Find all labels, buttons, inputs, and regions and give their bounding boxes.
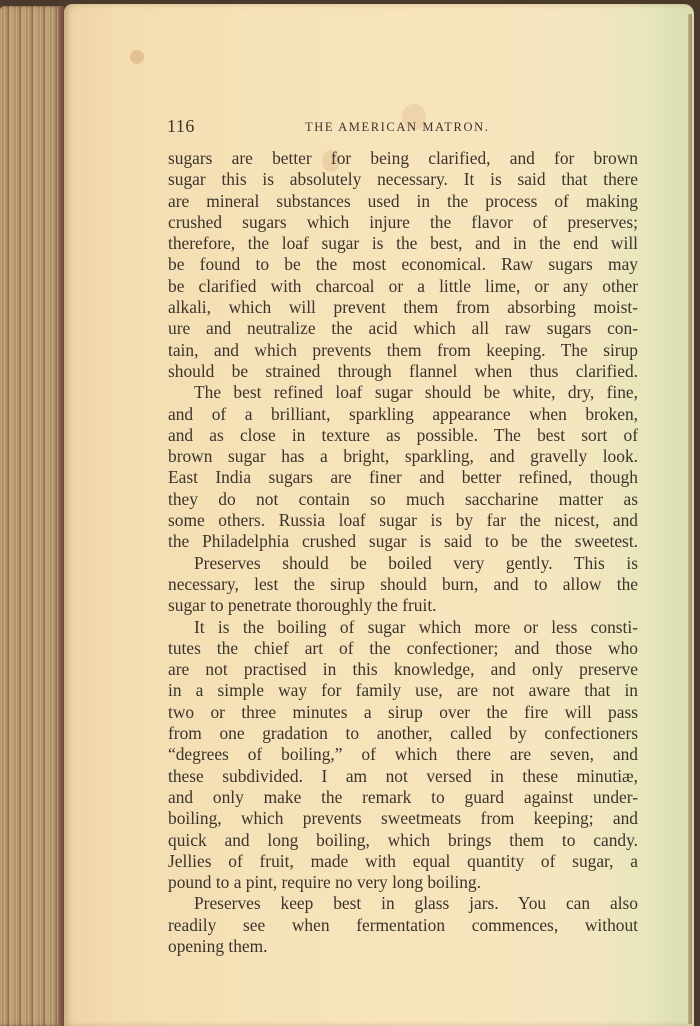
text-line: should be strained through flannel when … [168, 361, 638, 382]
text-line: the Philadelphia crushed sugar is said t… [168, 531, 638, 552]
text-line: therefore, the loaf sugar is the best, a… [168, 233, 638, 254]
page-header: 116 THE AMERICAN MATRON. [167, 116, 641, 138]
text-line: necessary, lest the sirup should burn, a… [168, 574, 638, 595]
text-line: boiling, which prevents sweetmeats from … [168, 808, 638, 829]
paragraph: The best refined loaf sugar should be wh… [168, 382, 638, 552]
text-line: Preserves should be boiled very gently. … [168, 553, 638, 574]
text-line: Preserves keep best in glass jars. You c… [168, 893, 638, 914]
text-line: and only make the remark to guard agains… [168, 787, 638, 808]
paragraph: sugars are better for being clarified, a… [168, 148, 638, 382]
text-line: sugar to penetrate thoroughly the fruit. [168, 595, 638, 616]
text-line: opening them. [168, 936, 638, 957]
scanned-book-page: 116 THE AMERICAN MATRON. sugars are bett… [0, 0, 700, 1026]
paragraph: Preserves keep best in glass jars. You c… [168, 893, 638, 957]
text-line: tain, and which prevents them from keepi… [168, 340, 638, 361]
text-line: sugars are better for being clarified, a… [168, 148, 638, 169]
text-line: ure and neutralize the acid which all ra… [168, 318, 638, 339]
text-line: be clarified with charcoal or a little l… [168, 276, 638, 297]
text-line: are mineral substances used in the proce… [168, 191, 638, 212]
text-line: quick and long boiling, which brings the… [168, 830, 638, 851]
text-line: East India sugars are finer and better r… [168, 467, 638, 488]
text-line: in a simple way for family use, are not … [168, 680, 638, 701]
text-line: brown sugar has a bright, sparkling, and… [168, 446, 638, 467]
text-line: two or three minutes a sirup over the fi… [168, 702, 638, 723]
text-line: The best refined loaf sugar should be wh… [168, 382, 638, 403]
text-line: sugar this is absolutely necessary. It i… [168, 169, 638, 190]
text-line: readily see when fermentation commences,… [168, 915, 638, 936]
paragraph: Preserves should be boiled very gently. … [168, 553, 638, 617]
text-line: “degrees of boiling,” of which there are… [168, 744, 638, 765]
text-line: some others. Russia loaf sugar is by far… [168, 510, 638, 531]
body-text: sugars are better for being clarified, a… [168, 148, 638, 957]
text-line: pound to a pint, require no very long bo… [168, 872, 638, 893]
text-line: they do not contain so much saccharine m… [168, 489, 638, 510]
text-line: be found to be the most economical. Raw … [168, 254, 638, 275]
text-line: and of a brilliant, sparkling appearance… [168, 404, 638, 425]
text-line: crushed sugars which injure the flavor o… [168, 212, 638, 233]
running-head: THE AMERICAN MATRON. [305, 120, 489, 135]
page-fold-shadow [688, 14, 692, 1024]
text-line: these subdivided. I am not versed in the… [168, 766, 638, 787]
text-line: alkali, which will prevent them from abs… [168, 297, 638, 318]
text-line: Jellies of fruit, made with equal quanti… [168, 851, 638, 872]
text-line: It is the boiling of sugar which more or… [168, 617, 638, 638]
text-line: are not practised in this knowledge, and… [168, 659, 638, 680]
page-number: 116 [167, 116, 195, 137]
paragraph: It is the boiling of sugar which more or… [168, 617, 638, 894]
book-page-edges [0, 6, 64, 1026]
text-line: from one gradation to another, called by… [168, 723, 638, 744]
text-line: and as close in texture as possible. The… [168, 425, 638, 446]
foxing-stain [130, 50, 144, 64]
text-line: tutes the chief art of the confectioner;… [168, 638, 638, 659]
